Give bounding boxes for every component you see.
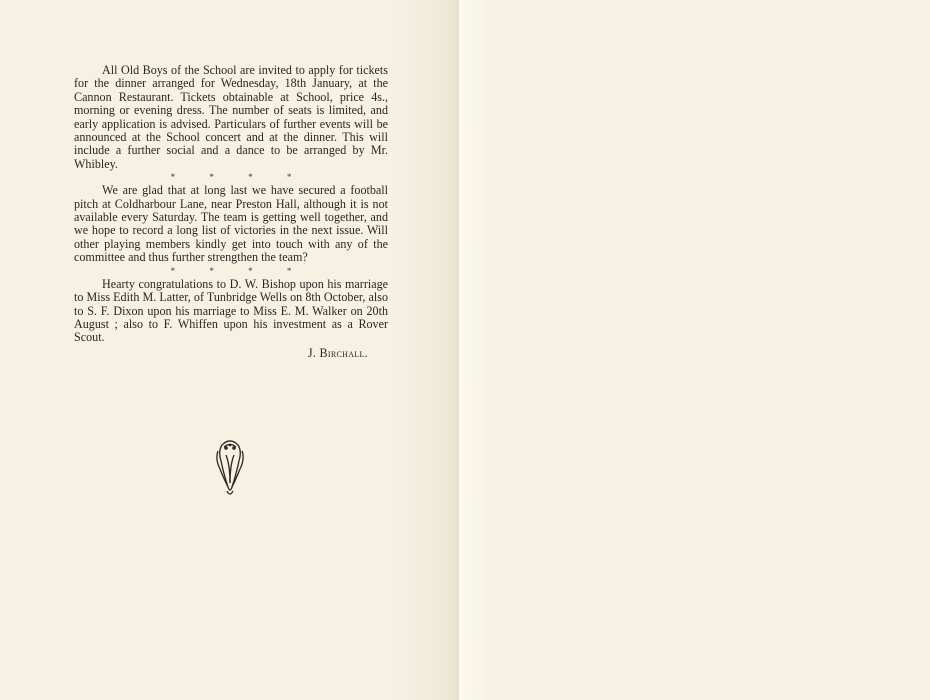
left-page: All Old Boys of the School are invited t… [0,0,460,700]
old-boys-dinner-paragraph: All Old Boys of the School are invited t… [74,64,388,171]
section-separator: * * * * [74,265,388,278]
football-pitch-paragraph: We are glad that at long last we have se… [74,184,388,264]
author-signature: J. Birchall. [74,347,388,360]
booklet-spread: All Old Boys of the School are invited t… [0,0,930,700]
right-page: FOOTBALL. So far this season seven footb… [460,0,930,700]
decorative-tailpiece-ornament-icon [212,435,248,497]
left-page-text: All Old Boys of the School are invited t… [74,64,388,360]
book-gutter [459,0,462,700]
congratulations-paragraph: Hearty congratulations to D. W. Bishop u… [74,278,388,345]
